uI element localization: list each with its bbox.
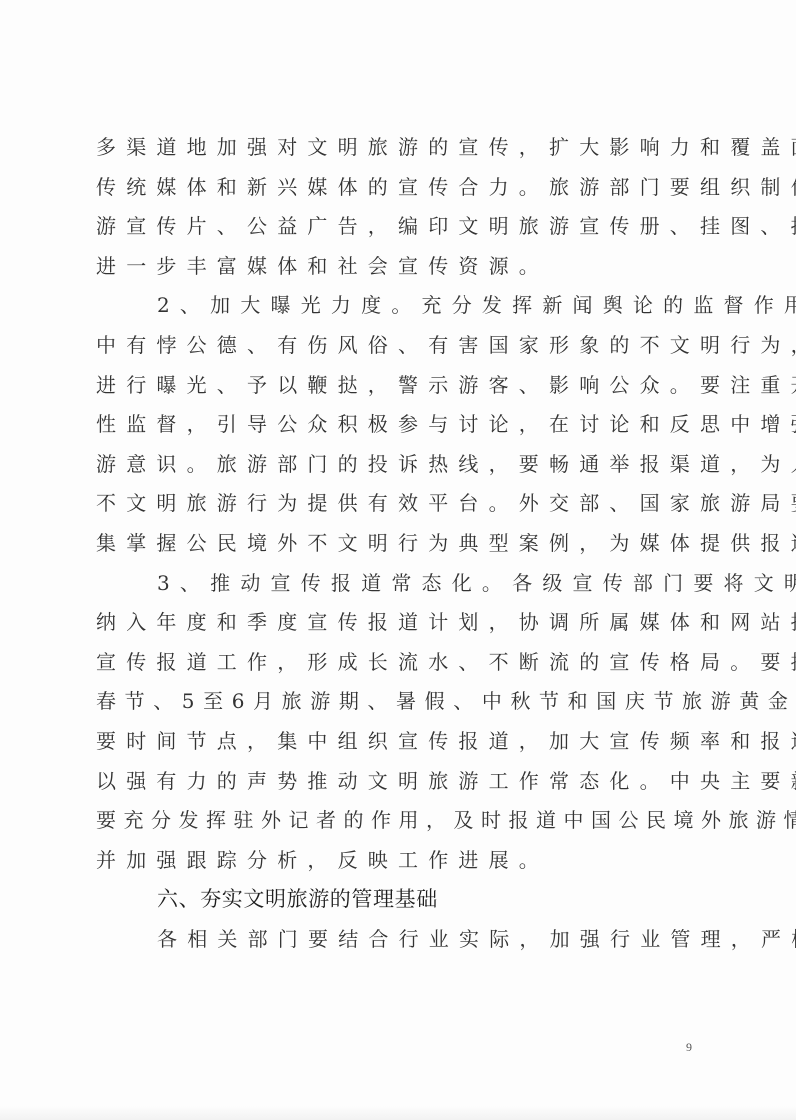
paragraph-line: 宣传报道工作，形成长流水、不断流的宣传格局。要抓住元旦 — [96, 643, 696, 683]
paragraph-line: 2、加大曝光力度。充分发挥新闻舆论的监督作用，对旅游 — [96, 286, 696, 326]
paragraph-line: 春节、5至6月旅游期、暑假、中秋节和国庆节旅游黄金周等重 — [96, 682, 696, 722]
paragraph-line: 性监督，引导公众积极参与讨论，在讨论和反思中增强文明旅 — [96, 405, 696, 445]
paragraph-line: 游意识。旅游部门的投诉热线，要畅通举报渠道，为人们监督 — [96, 445, 696, 485]
paragraph-line: 要充分发挥驻外记者的作用，及时报道中国公民境外旅游情况， — [96, 801, 696, 841]
paragraph-line: 游宣传片、公益广告，编印文明旅游宣传册、挂图、折页等， — [96, 207, 696, 247]
paragraph-line: 进行曝光、予以鞭挞，警示游客、影响公众。要注重开展建设 — [96, 366, 696, 406]
scan-edge — [0, 1106, 796, 1120]
paragraph-line: 多渠道地加强对文明旅游的宣传，扩大影响力和覆盖面，形成 — [96, 128, 696, 168]
paragraph-line: 以强有力的声势推动文明旅游工作常态化。中央主要新闻媒体 — [96, 762, 696, 802]
section-heading: 六、夯实文明旅游的管理基础 — [96, 880, 696, 920]
paragraph-line: 各相关部门要结合行业实际，加强行业管理，严格行业自 — [96, 920, 696, 960]
paragraph-line: 中有悖公德、有伤风俗、有害国家形象的不文明行为，要及时 — [96, 326, 696, 366]
paragraph-line: 并加强跟踪分析，反映工作进展。 — [96, 841, 696, 881]
paragraph-line: 要时间节点，集中组织宣传报道，加大宣传频率和报道力度， — [96, 722, 696, 762]
paragraph-line: 传统媒体和新兴媒体的宣传合力。旅游部门要组织制作文明旅 — [96, 168, 696, 208]
page-number: 9 — [686, 1040, 692, 1055]
document-page: 多渠道地加强对文明旅游的宣传，扩大影响力和覆盖面，形成 传统媒体和新兴媒体的宣传… — [0, 0, 796, 1120]
paragraph-line: 集掌握公民境外不文明行为典型案例，为媒体提供报道素材。 — [96, 524, 696, 564]
paragraph-line: 3、推动宣传报道常态化。各级宣传部门要将文明旅游报道 — [96, 564, 696, 604]
body-text: 多渠道地加强对文明旅游的宣传，扩大影响力和覆盖面，形成 传统媒体和新兴媒体的宣传… — [96, 128, 696, 959]
paragraph-line: 不文明旅游行为提供有效平台。外交部、国家旅游局要及时收 — [96, 484, 696, 524]
paragraph-line: 进一步丰富媒体和社会宣传资源。 — [96, 247, 696, 287]
paragraph-line: 纳入年度和季度宣传报道计划，协调所属媒体和网站持续做好 — [96, 603, 696, 643]
